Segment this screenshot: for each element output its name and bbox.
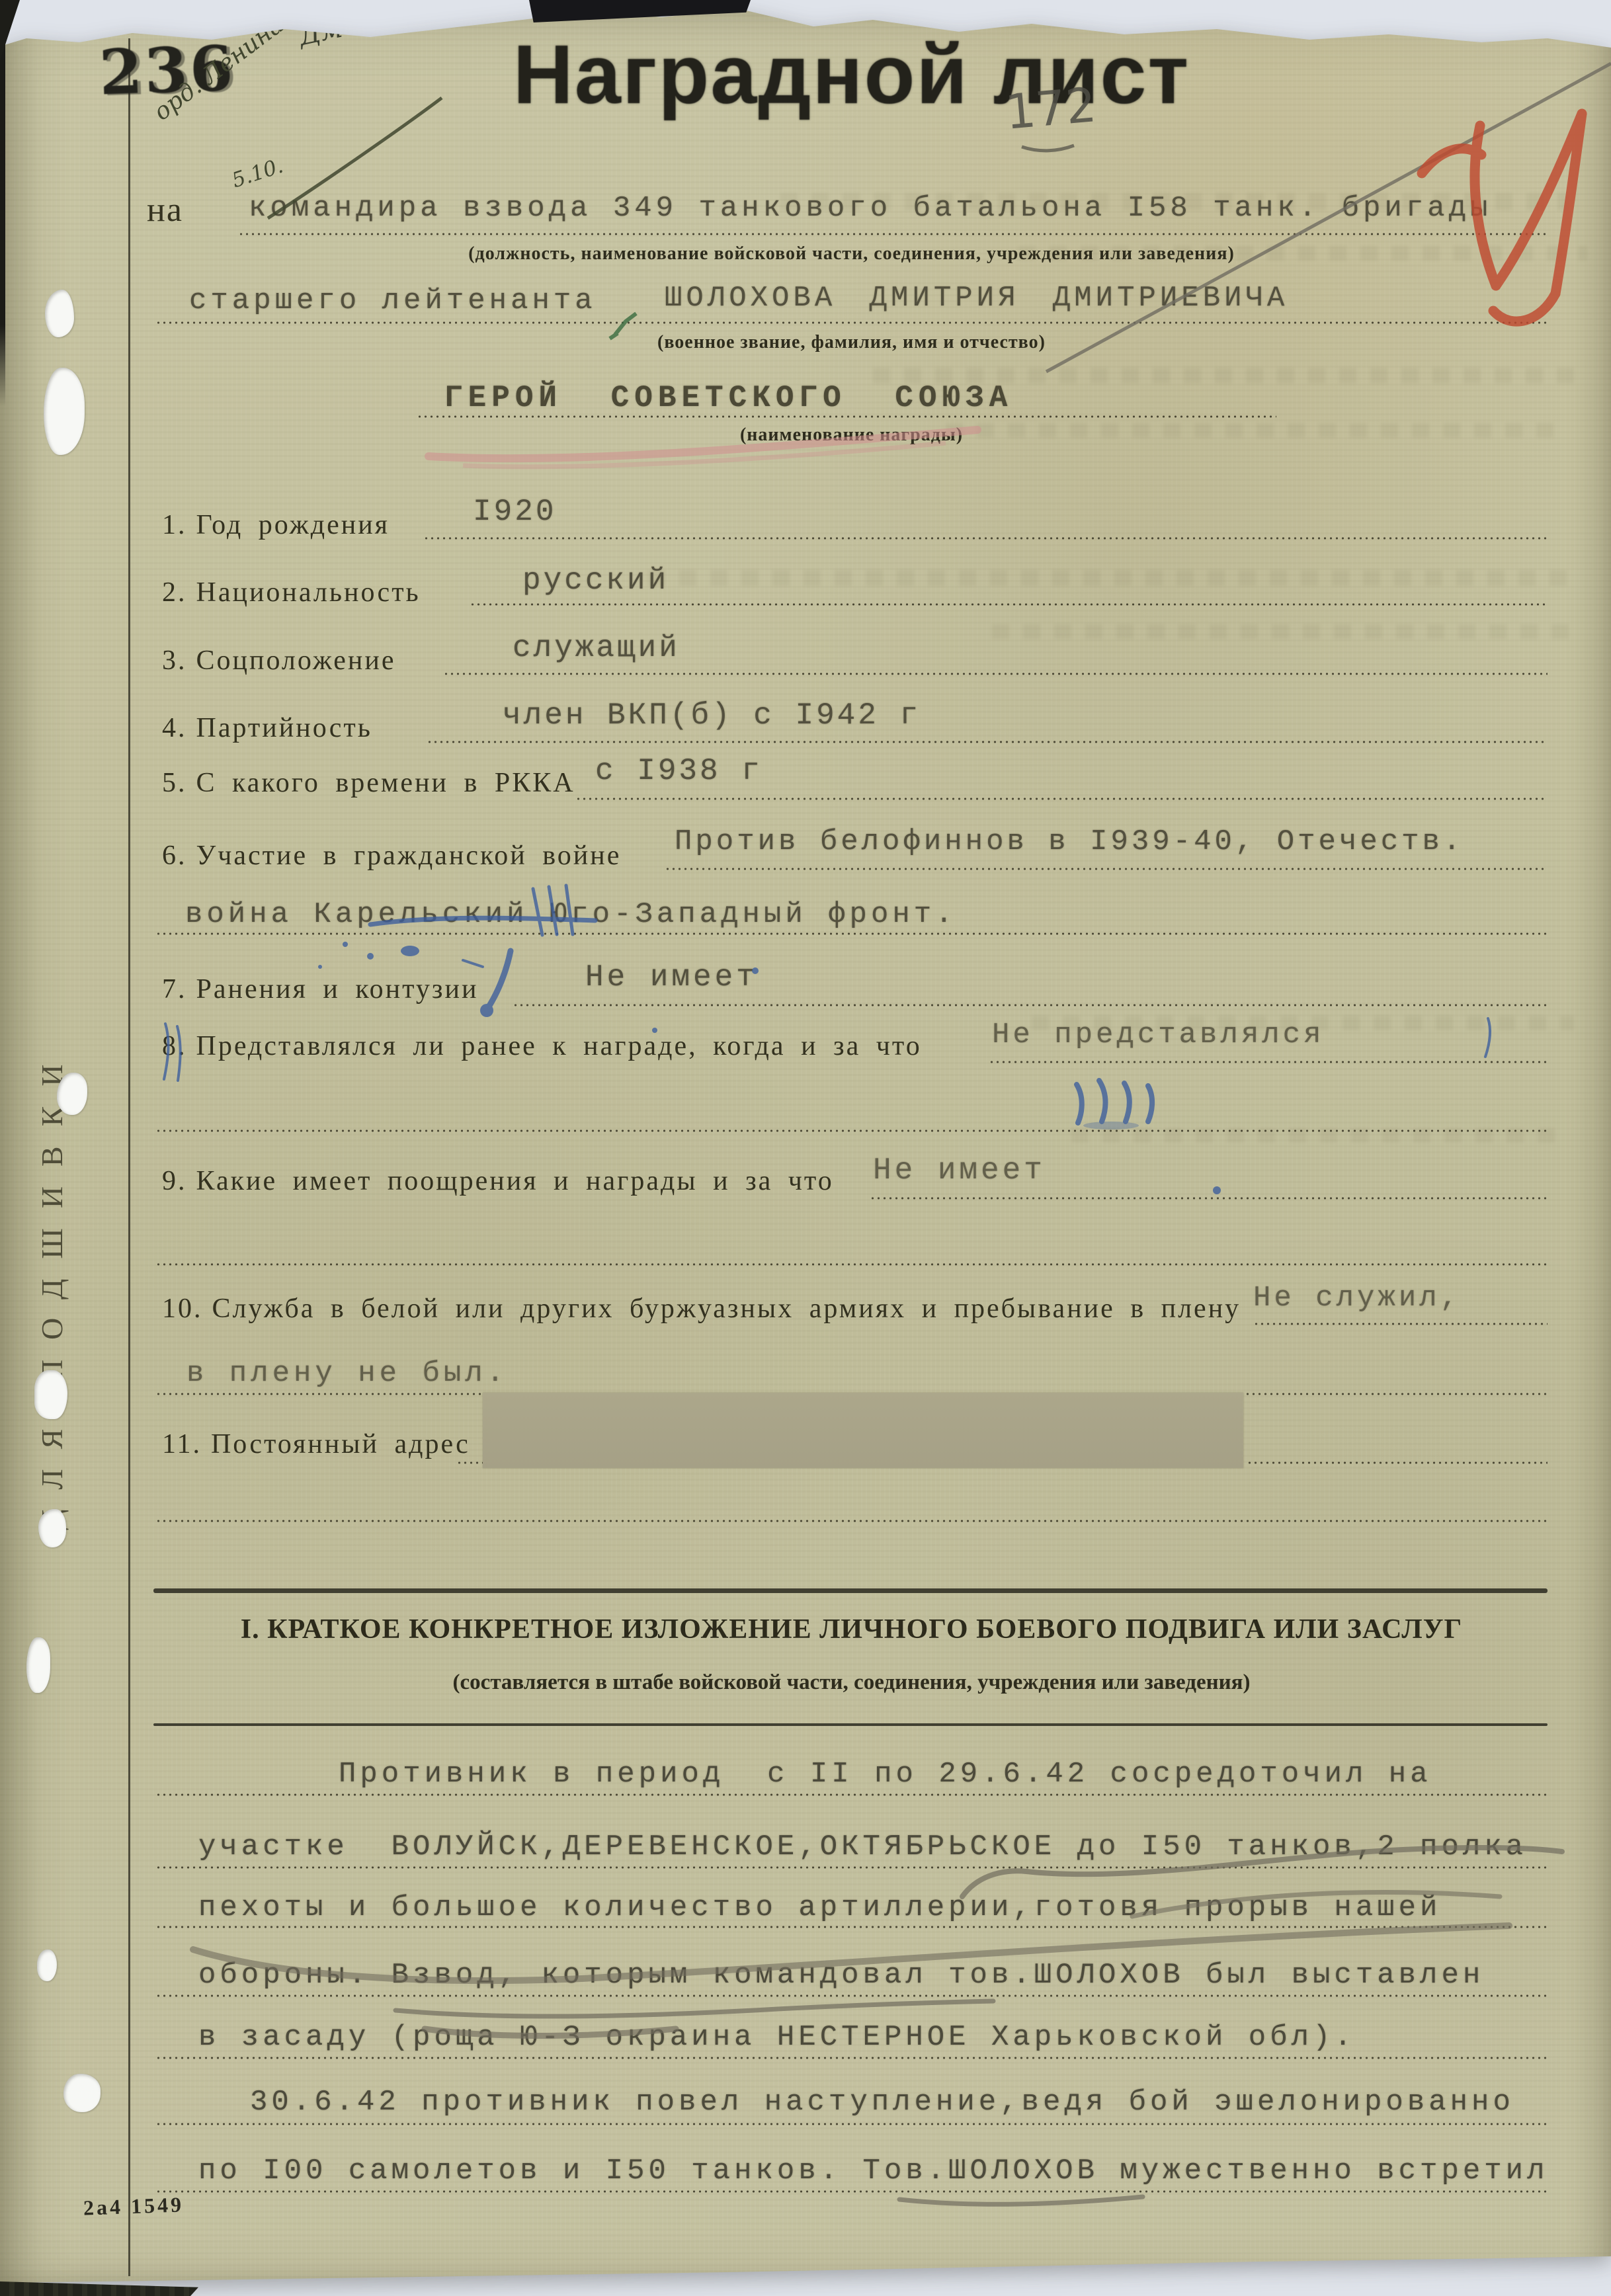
punch-hole	[38, 1509, 66, 1547]
item-label-2: 2.Национальность	[162, 577, 421, 608]
dotted-rule	[665, 868, 1548, 870]
item-value-2: русский	[522, 563, 669, 598]
item-text: Представлялся ли ранее к награде, когда …	[196, 1031, 922, 1061]
dotted-rule	[423, 537, 1548, 540]
dotted-rule	[443, 673, 1548, 675]
item-number: 3.	[162, 645, 187, 676]
item-value-4: член ВКП(б) с I942 г	[503, 698, 921, 733]
dotted-rule	[417, 415, 1276, 418]
item-text: Постоянный адрес	[211, 1429, 470, 1459]
item-number: 5.	[162, 768, 187, 798]
item-text: Год рождения	[196, 510, 390, 540]
item-value-6-line2: война Карельский Юго-Западный фронт.	[185, 898, 957, 931]
redaction-box	[483, 1393, 1243, 1468]
body-line-3: пехоты и большое количество артиллерии,г…	[198, 1891, 1441, 1924]
dotted-rule	[575, 798, 1548, 800]
item-number: 8.	[162, 1031, 187, 1061]
body-line-1: Противник в период с II по 29.6.42 сосре…	[339, 1758, 1432, 1791]
item-text: Национальность	[196, 577, 421, 608]
dotted-rule	[155, 2190, 1548, 2193]
bleed-through	[992, 624, 1574, 639]
item-number: 10.	[162, 1293, 203, 1324]
field-value-award: ГЕРОЙ СОВЕТСКОГО СОЮЗА	[444, 381, 1012, 415]
item-label-5: 5.С какого времени в РККА	[162, 767, 575, 799]
item-text: Партийность	[196, 713, 372, 743]
punch-hole	[34, 1370, 67, 1419]
section-title: I. КРАТКОЕ КОНКРЕТНОЕ ИЗЛОЖЕНИЕ ЛИЧНОГО …	[155, 1614, 1548, 1645]
dotted-rule	[513, 1004, 1548, 1006]
item-value-8: Не представлялся	[992, 1018, 1324, 1051]
dotted-rule	[155, 1994, 1548, 1997]
body-line-5: в засаду (роща Ю-З окраина НЕСТЕРНОЕ Хар…	[198, 2021, 1356, 2054]
item-number: 2.	[162, 577, 187, 608]
field-label-na: на	[147, 190, 183, 229]
dotted-rule	[870, 1197, 1548, 1200]
item-label-3: 3.Соцположение	[162, 645, 396, 676]
item-text: Служба в белой или других буржуазных арм…	[212, 1293, 1241, 1324]
punch-hole	[63, 2074, 101, 2112]
field-value-name: ШОЛОХОВА ДМИТРИЯ ДМИТРИЕВИЧА	[665, 282, 1288, 315]
item-value-1: I920	[473, 495, 556, 529]
item-text: Какие имеет поощрения и награды и за что	[196, 1166, 834, 1196]
item-text: Соцположение	[196, 645, 396, 676]
margin-vertical-rule	[128, 38, 130, 2276]
item-label-7: 7.Ранения и контузии	[162, 973, 478, 1005]
field-caption-name: (военное звание, фамилия, имя и отчество…	[155, 332, 1548, 353]
item-text: Участие в гражданской войне	[196, 840, 622, 871]
field-caption-award: (наименование награды)	[155, 425, 1548, 446]
field-value-rank: старшего лейтенанта	[189, 284, 597, 317]
punch-hole	[26, 1637, 50, 1693]
section-caption: (составляется в штабе войсковой части, с…	[155, 1670, 1548, 1695]
section-divider-bottom	[153, 1723, 1548, 1726]
body-line-7: по I00 самолетов и I50 танков. Тов.ШОЛОХ…	[198, 2154, 1548, 2188]
punch-hole	[37, 1949, 57, 1981]
bleed-through	[648, 570, 1574, 586]
item-value-7: Не имеет	[585, 960, 758, 995]
dotted-rule	[155, 321, 1548, 324]
dotted-rule	[155, 1520, 1548, 1522]
item-label-10: 10.Служба в белой или других буржуазных …	[162, 1293, 1241, 1325]
dotted-rule	[155, 932, 1548, 935]
dotted-rule	[155, 1866, 1548, 1869]
paper-sheet: ДЛЯ ПОДШИВКИ 236 орд. Ленина 5.10. Дм На…	[0, 0, 1611, 2296]
section-divider-top	[153, 1588, 1548, 1593]
page-number-pencil: 172	[1003, 77, 1098, 140]
item-value-10-line2: в плену не был.	[186, 1357, 508, 1390]
item-number: 7.	[162, 974, 187, 1004]
body-line-4: обороны. Взвод, которым командовал тов.Ш…	[198, 1959, 1484, 1992]
dotted-rule	[427, 741, 1548, 743]
item-value-9: Не имеет	[873, 1153, 1046, 1188]
field-caption-position: (должность, наименование войсковой части…	[155, 243, 1548, 265]
scanner-black-edge-left	[0, 0, 5, 407]
dotted-rule	[1247, 1461, 1548, 1464]
item-value-3: служащий	[513, 631, 680, 665]
item-label-8: 8.Представлялся ли ранее к награде, когд…	[162, 1030, 922, 1062]
dotted-rule	[155, 1926, 1548, 1928]
scanned-page: ДЛЯ ПОДШИВКИ 236 орд. Ленина 5.10. Дм На…	[0, 0, 1611, 2296]
item-number: 4.	[162, 713, 187, 743]
dotted-rule	[989, 1061, 1548, 1063]
dotted-rule	[155, 2057, 1548, 2059]
item-number: 6.	[162, 840, 187, 871]
item-text: Ранения и контузии	[196, 974, 479, 1004]
dotted-rule	[155, 1263, 1548, 1266]
dotted-rule	[238, 233, 1548, 235]
item-value-10: Не служил,	[1253, 1282, 1461, 1315]
item-number: 1.	[162, 510, 187, 540]
footer-code: 2а4 1549	[83, 2192, 184, 2220]
pencil-annotation-date: 5.10.	[229, 154, 286, 193]
document-title: Наградной лист	[155, 26, 1548, 122]
field-value-position: командира взвода 349 танкового батальона…	[249, 192, 1491, 225]
punch-hole	[45, 290, 74, 337]
dotted-rule	[155, 1793, 1548, 1796]
dotted-rule	[155, 1129, 1548, 1132]
item-number: 9.	[162, 1166, 187, 1196]
item-text: С какого времени в РККА	[196, 768, 575, 798]
body-line-2: участке ВОЛУЙСК,ДЕРЕВЕНСКОЕ,ОКТЯБРЬСКОЕ …	[198, 1830, 1527, 1864]
item-number: 11.	[162, 1429, 202, 1459]
item-label-9: 9.Какие имеет поощрения и награды и за ч…	[162, 1165, 834, 1197]
item-value-5: с I938 г	[595, 754, 763, 788]
dotted-rule	[456, 1461, 486, 1464]
item-label-1: 1.Год рождения	[162, 509, 390, 541]
punch-hole	[57, 1073, 87, 1115]
body-line-6: 30.6.42 противник повел наступление,ведя…	[250, 2086, 1514, 2119]
dotted-rule	[155, 2123, 1548, 2125]
item-value-6: Против белофиннов в I939-40, Отечеств.	[675, 825, 1464, 858]
item-label-6: 6.Участие в гражданской войне	[162, 840, 621, 872]
item-label-11: 11.Постоянный адрес	[162, 1428, 470, 1460]
item-label-4: 4.Партийность	[162, 712, 372, 744]
dotted-rule	[1253, 1323, 1548, 1325]
dotted-rule	[470, 603, 1548, 606]
